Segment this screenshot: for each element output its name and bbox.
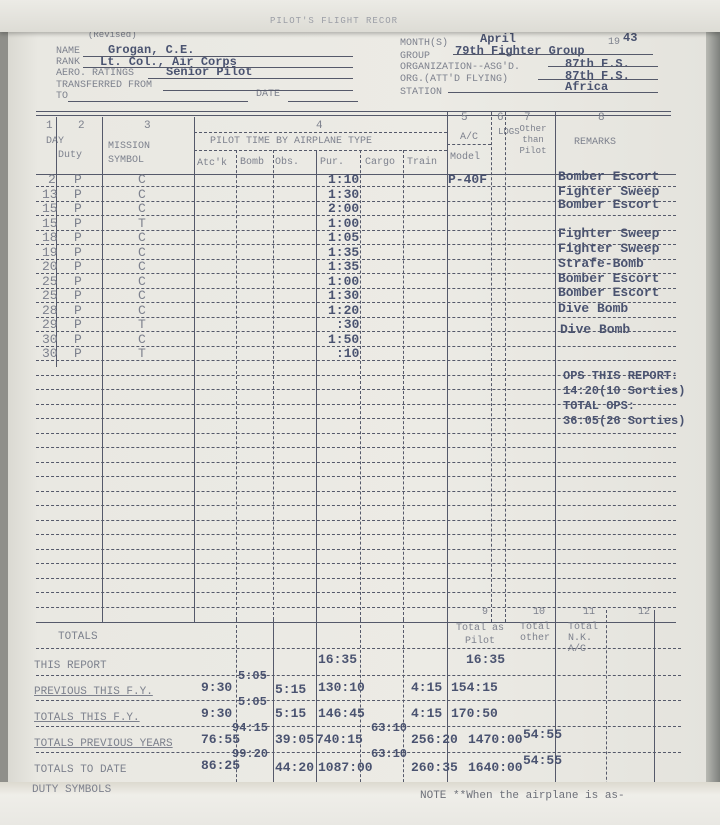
table-row: 30 P C 1:50 Dive Bomb xyxy=(36,332,676,346)
totals-pur: 130:10 xyxy=(318,680,365,695)
totals-pur: 146:45 xyxy=(318,706,365,721)
name-label: NAME xyxy=(56,46,80,57)
row-symbol: C xyxy=(138,230,146,245)
totals-bomb-superscript: 5:05 xyxy=(238,695,267,709)
col-total-nk-ac: Total N.K. A/C xyxy=(568,622,604,655)
row-remarks: Bomber Escort xyxy=(558,169,659,184)
table-row: 28 P C 1:20 Dive Bomb xyxy=(36,303,676,317)
totals-obs: 5:15 xyxy=(275,706,306,721)
row-pur-time: 1:00 xyxy=(328,274,359,289)
row-symbol: C xyxy=(138,288,146,303)
row-day: 2 xyxy=(48,172,56,187)
months-label: MONTH(S) xyxy=(400,38,448,49)
col-total-other: Total other xyxy=(520,622,558,644)
row-symbol: C xyxy=(138,201,146,216)
col-cargo: Cargo xyxy=(365,157,395,168)
row-duty: P xyxy=(74,230,82,245)
row-day: 18 xyxy=(42,230,58,245)
row-pur-time: 1:35 xyxy=(328,259,359,274)
totals-pilot: 1640:00 xyxy=(468,760,523,775)
totals-atck: 9:30 xyxy=(201,680,232,695)
totals-row-label: THIS REPORT xyxy=(34,660,107,672)
total-ops-value: 36:05(26 Sorties) xyxy=(563,414,685,428)
year-prefix: 19 xyxy=(608,37,620,48)
duty-symbols-label: DUTY SYMBOLS xyxy=(32,784,111,796)
org-attd-label: ORG.(ATT'D FLYING) xyxy=(400,74,508,85)
row-remarks: Dive Bomb xyxy=(560,322,630,337)
row-pur-time: 1:00 xyxy=(328,216,359,231)
col-duty-header: Duty xyxy=(58,150,82,161)
overlapping-top-sheet: PILOT'S FLIGHT RECOR xyxy=(0,0,720,32)
row-symbol: C xyxy=(138,187,146,202)
totals-row-this-report: THIS REPORT 16:35 16:35 xyxy=(8,657,710,677)
row-duty: P xyxy=(74,187,82,202)
col-model-header: Model xyxy=(450,152,480,163)
row-day: 30 xyxy=(42,346,58,361)
totals-row-label: TOTALS TO DATE xyxy=(34,764,126,776)
col-bomb: Bomb xyxy=(240,157,264,168)
row-remarks: Bomber Escort xyxy=(558,197,659,212)
col-num-2: 2 xyxy=(78,120,85,132)
col-ldgs-header: LDGS xyxy=(498,128,504,137)
totals-bomb-superscript: 5:05 xyxy=(238,669,267,683)
col-num-1: 1 xyxy=(46,120,53,132)
to-label: TO xyxy=(56,91,68,102)
row-day: 28 xyxy=(42,303,58,318)
col-num-6: 6 xyxy=(497,112,504,124)
row-day: 13 xyxy=(42,187,58,202)
col-pur: Pur. xyxy=(320,157,344,168)
row-day: 15 xyxy=(42,201,58,216)
row-pur-time: 2:00 xyxy=(328,201,359,216)
totals-pur: 740:15 xyxy=(316,732,363,747)
row-pur-time: 1:30 xyxy=(328,187,359,202)
col-num-10: 10 xyxy=(533,607,545,618)
col-obs: Obs. xyxy=(275,157,299,168)
row-remarks: Fighter Sweep xyxy=(558,226,659,241)
row-symbol: C xyxy=(138,274,146,289)
row-day: 25 xyxy=(42,288,58,303)
col-num-3: 3 xyxy=(144,120,151,132)
col-num-4: 4 xyxy=(316,120,323,132)
totals-cargo-superscript: 63:10 xyxy=(371,721,407,735)
org-asgd-label: ORGANIZATION--ASG'D. xyxy=(400,62,520,73)
totals-row-previous-years: TOTALS PREVIOUS YEARS 76:55 94:15 39:05 … xyxy=(8,735,710,755)
col-day-header: DAY xyxy=(46,137,54,146)
col-mission-symbol-header: MISSION SYMBOL xyxy=(108,140,168,168)
totals-other: 54:55 xyxy=(523,753,562,768)
row-day: 19 xyxy=(42,245,58,260)
ops-this-report-label: OPS THIS REPORT: xyxy=(563,369,678,383)
year-value: 43 xyxy=(623,31,637,45)
totals-train: 4:15 xyxy=(411,706,442,721)
row-day: 20 xyxy=(42,259,58,274)
row-symbol: T xyxy=(138,346,146,361)
col-pilot-time-header: PILOT TIME BY AIRPLANE TYPE xyxy=(210,136,372,147)
totals-row-label: TOTALS THIS F.Y. xyxy=(34,712,140,724)
totals-pilot: 154:15 xyxy=(451,680,498,695)
row-day: 29 xyxy=(42,317,58,332)
rank-label: RANK xyxy=(56,57,80,68)
aero-ratings-label: AERO. RATINGS xyxy=(56,68,134,79)
row-duty: P xyxy=(74,346,82,361)
totals-obs: 44:20 xyxy=(275,760,314,775)
row-pur-time: 1:50 xyxy=(328,332,359,347)
group-label: GROUP xyxy=(400,51,430,62)
row-pur-time: 1:05 xyxy=(328,230,359,245)
row-duty: P xyxy=(74,201,82,216)
col-num-12: 12 xyxy=(638,607,650,618)
totals-bomb-superscript: 99:20 xyxy=(232,747,268,761)
totals-row-label: PREVIOUS THIS F.Y. xyxy=(34,686,153,698)
total-ops-label: TOTAL OPS: xyxy=(563,399,635,413)
col-other-than-pilot-header: Other than Pilot xyxy=(511,124,555,157)
row-symbol: C xyxy=(138,259,146,274)
footer-note: NOTE **When the airplane is as- xyxy=(420,790,625,802)
row-pur-time: 1:35 xyxy=(328,245,359,260)
totals-pilot: 170:50 xyxy=(451,706,498,721)
totals-pilot: 16:35 xyxy=(466,652,505,667)
row-symbol: T xyxy=(138,216,146,231)
transferred-from-label: TRANSFERRED FROM xyxy=(56,80,152,91)
totals-pur: 1087:00 xyxy=(318,760,373,775)
ops-this-report-value: 14:20(10 Sorties) xyxy=(563,384,685,398)
table-row: 15 P C 2:00 Bomber Escort xyxy=(36,201,676,215)
col-num-5: 5 xyxy=(461,112,468,124)
row-pur-time: :10 xyxy=(336,346,359,361)
row-day: 30 xyxy=(42,332,58,347)
col-num-9: 9 xyxy=(482,607,488,618)
col-remarks-header: REMARKS xyxy=(574,137,616,148)
col-total-as-pilot: Total as Pilot xyxy=(453,622,507,648)
row-remarks: Fighter Sweep xyxy=(558,241,659,256)
form-title-fragment: PILOT'S FLIGHT RECOR xyxy=(270,16,398,26)
col-atck: Atc'k xyxy=(197,158,227,169)
row-symbol: C xyxy=(138,303,146,318)
col-num-7: 7 xyxy=(524,112,531,124)
row-duty: P xyxy=(74,245,82,260)
totals-bomb-superscript: 94:15 xyxy=(232,721,268,735)
totals-row-to-date: TOTALS TO DATE 86:25 99:20 44:20 1087:00… xyxy=(8,761,710,781)
col-train: Train xyxy=(407,157,437,168)
page-edge-shadow xyxy=(706,0,720,825)
totals-train: 256:20 xyxy=(411,732,458,747)
row-duty: P xyxy=(74,274,82,289)
row-pur-time: :30 xyxy=(336,317,359,332)
row-day: 15 xyxy=(42,216,58,231)
totals-atck: 9:30 xyxy=(201,706,232,721)
row-duty: P xyxy=(74,317,82,332)
group-value: 79th Fighter Group xyxy=(455,44,585,58)
row-symbol: T xyxy=(138,317,146,332)
col-num-11: 11 xyxy=(583,607,595,618)
totals-pur: 16:35 xyxy=(318,652,357,667)
row-pur-time: 1:30 xyxy=(328,288,359,303)
col-ac-header: A/C xyxy=(460,132,478,143)
row-duty: P xyxy=(74,259,82,274)
totals-obs: 5:15 xyxy=(275,682,306,697)
row-duty: P xyxy=(74,288,82,303)
totals-row-this-fy: TOTALS THIS F.Y. 9:30 5:05 5:15 146:45 4… xyxy=(8,709,710,729)
table-row: 30 P T :10 xyxy=(36,346,676,360)
row-symbol: C xyxy=(138,332,146,347)
flight-record-form: (Revised) NAME Grogan, C.E. RANK Lt. Col… xyxy=(8,20,710,810)
totals-row-label: TOTALS PREVIOUS YEARS xyxy=(34,738,173,750)
col-num-8: 8 xyxy=(598,112,605,124)
row-duty: P xyxy=(74,303,82,318)
totals-pilot: 1470:00 xyxy=(468,732,523,747)
row-duty: P xyxy=(74,216,82,231)
bottom-sheet-edge: DUTY SYMBOLS NOTE **When the airplane is… xyxy=(0,782,720,825)
totals-cargo-superscript: 63:10 xyxy=(371,747,407,761)
station-label: STATION xyxy=(400,87,442,98)
row-day: 25 xyxy=(42,274,58,289)
totals-row-previous-fy: PREVIOUS THIS F.Y. 9:30 5:05 5:15 130:10… xyxy=(8,683,710,703)
totals-obs: 39:05 xyxy=(275,732,314,747)
row-pur-time: 1:10 xyxy=(328,172,359,187)
totals-title: TOTALS xyxy=(58,631,98,643)
row-model: P-40F xyxy=(448,172,487,187)
row-symbol: C xyxy=(138,245,146,260)
row-duty: P xyxy=(74,172,82,187)
totals-train: 4:15 xyxy=(411,680,442,695)
row-symbol: C xyxy=(138,172,146,187)
totals-train: 260:35 xyxy=(411,760,458,775)
row-pur-time: 1:20 xyxy=(328,303,359,318)
totals-other: 54:55 xyxy=(523,727,562,742)
row-duty: P xyxy=(74,332,82,347)
